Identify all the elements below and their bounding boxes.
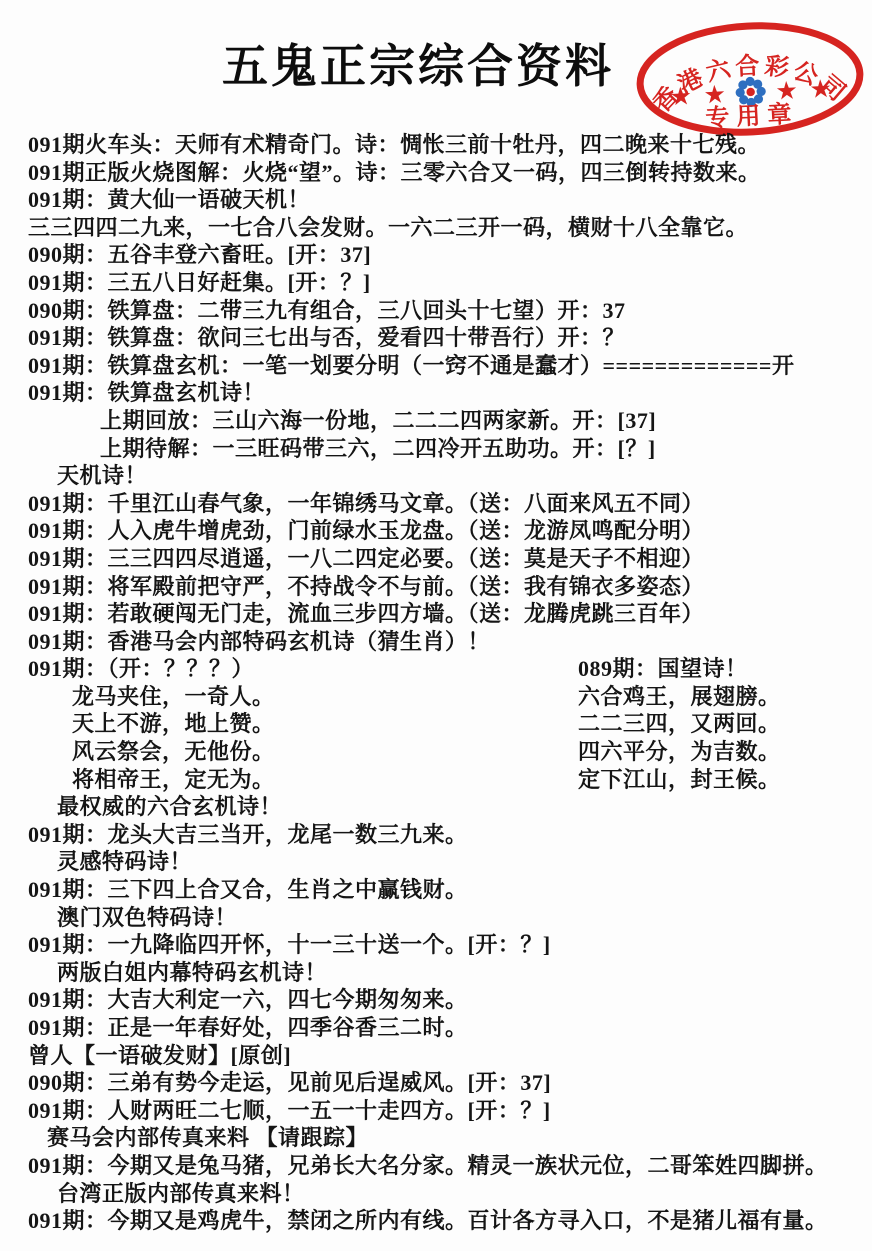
poem-line: 四六平分，为吉数。	[578, 738, 858, 766]
text-line: 091期：铁算盘：欲问三七出与否，爱看四十带吾行）开：？	[28, 324, 858, 352]
text-line: 091期：一九降临四开怀，十一三十送一个。[开：？]	[28, 931, 858, 959]
text-line: 上期待解：一三旺码带三六，二四冷开五助功。开：[？]	[28, 435, 858, 463]
content: 091期火车头：天师有术精奇门。诗：惆怅三前十牡丹，四二晚来十七残。 091期正…	[28, 131, 858, 1235]
poem-line: 定下江山，封王候。	[578, 766, 858, 794]
text-line: 091期：今期又是鸡虎牛，禁闭之所内有线。百计各方寻入口，不是猪儿福有量。	[28, 1207, 858, 1235]
poem-line: 龙马夹住，一奇人。	[28, 683, 578, 711]
text-line: 091期：铁算盘玄机：一笔一划要分明（一窍不通是蠢才）=============…	[28, 352, 858, 380]
poem-line: 六合鸡王，展翅膀。	[578, 683, 858, 711]
text-line: 091期：三五八日好赶集。[开：？]	[28, 269, 858, 297]
text-line: 091期正版火烧图解：火烧“望”。诗：三零六合又一码，四三倒转持数来。	[28, 159, 858, 187]
text-line: 090期：铁算盘：二带三九有组合，三八回头十七望）开：37	[28, 297, 858, 325]
right-poem-column: 089期：国望诗！ 六合鸡王，展翅膀。 二二三四，又两回。 四六平分，为吉数。 …	[578, 655, 858, 793]
text-line: 091期：（开：？？？）	[28, 655, 578, 683]
section-heading: 天机诗！	[28, 462, 858, 490]
text-line: 091期：若敢硬闯无门走，流血三步四方墙。（送：龙腾虎跳三百年）	[28, 600, 858, 628]
text-line: 091期：人入虎牛增虎劲，门前绿水玉龙盘。（送：龙游凤鸣配分明）	[28, 517, 858, 545]
text-line: 090期：五谷丰登六畜旺。[开：37]	[28, 241, 858, 269]
text-line: 091期：将军殿前把守严，不持战令不与前。（送：我有锦衣多姿态）	[28, 573, 858, 601]
text-line: 上期回放：三山六海一份地，二二二四两家新。开：[37]	[28, 407, 858, 435]
text-line: 091期：大吉大利定一六，四七今期匆匆来。	[28, 986, 858, 1014]
text-line: 091期火车头：天师有术精奇门。诗：惆怅三前十牡丹，四二晚来十七残。	[28, 131, 858, 159]
text-line: 091期：黄大仙一语破天机！	[28, 186, 858, 214]
text-line: 091期：正是一年春好处，四季谷香三二时。	[28, 1014, 858, 1042]
section-heading: 赛马会内部传真来料 【请跟踪】	[28, 1124, 858, 1152]
text-line: 091期：香港马会内部特码玄机诗（猜生肖）！	[28, 628, 858, 656]
text-line: 091期：千里江山春气象，一年锦绣马文章。（送：八面来风五不同）	[28, 490, 858, 518]
poem-line: 风云祭会，无他份。	[28, 738, 578, 766]
text-line: 091期：人财两旺二七顺，一五一十走四方。[开：？]	[28, 1097, 858, 1125]
text-line: 089期：国望诗！	[578, 655, 858, 683]
poem-line: 二二三四，又两回。	[578, 710, 858, 738]
text-line: 三三四四二九来，一七合八会发财。一六二三开一码，横财十八全靠它。	[28, 214, 858, 242]
text-line: 091期：铁算盘玄机诗！	[28, 379, 858, 407]
poem-line: 天上不游，地上赞。	[28, 710, 578, 738]
document-page: 五鬼正宗综合资料 香港六合彩公司 ★ ★ ★ ★ 专用章 091期火车头：天师有…	[0, 0, 872, 1251]
text-line: 091期：三三四四尽逍遥，一八二四定必要。（送：莫是天子不相迎）	[28, 545, 858, 573]
left-poem-column: 091期：（开：？？？） 龙马夹住，一奇人。 天上不游，地上赞。 风云祭会，无他…	[28, 655, 578, 793]
section-heading: 最权威的六合玄机诗！	[28, 793, 858, 821]
section-heading: 台湾正版内部传真来料！	[28, 1180, 858, 1208]
poem-line: 将相帝王，定无为。	[28, 766, 578, 794]
star-icon: ★	[669, 83, 693, 111]
section-heading: 灵感特码诗！	[28, 848, 858, 876]
section-heading: 澳门双色特码诗！	[28, 904, 858, 932]
text-line: 090期：三弟有势今走运，见前见后逞威风。[开：37]	[28, 1069, 858, 1097]
text-line: 091期：今期又是兔马猪，兄弟长大名分家。精灵一族状元位，二哥笨姓四脚拼。	[28, 1152, 858, 1180]
company-stamp: 香港六合彩公司 ★ ★ ★ ★ 专用章	[627, 14, 872, 144]
text-line: 曾人【一语破发财】[原创]	[28, 1042, 858, 1070]
section-heading: 两版白姐内幕特码玄机诗！	[28, 959, 858, 987]
star-icon: ★	[809, 76, 833, 104]
text-line: 091期：龙头大吉三当开，龙尾一数三九来。	[28, 821, 858, 849]
text-line: 091期：三下四上合又合，生肖之中赢钱财。	[28, 876, 858, 904]
two-column-section: 091期：（开：？？？） 龙马夹住，一奇人。 天上不游，地上赞。 风云祭会，无他…	[28, 655, 858, 793]
page-title: 五鬼正宗综合资料	[222, 30, 614, 96]
